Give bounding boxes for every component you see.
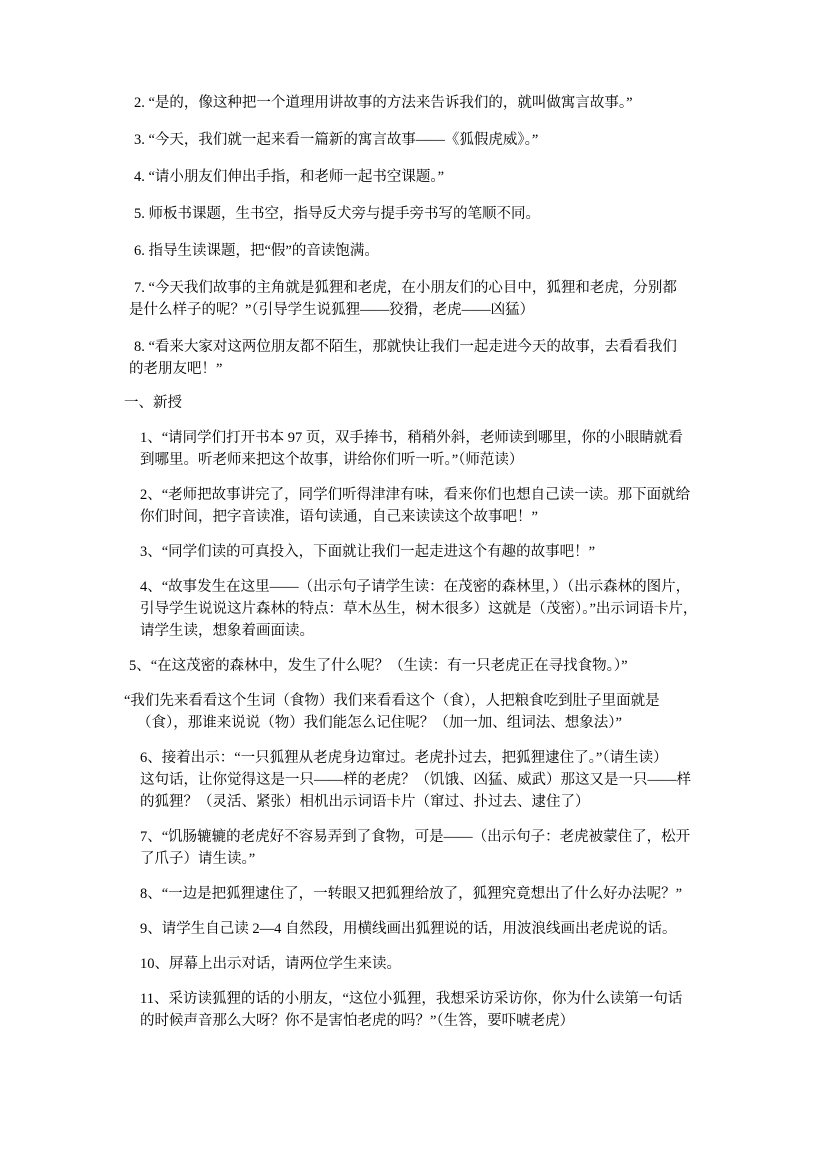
teaching-step: 3、“同学们读的可真投入，下面就让我们一起走进这个有趣的故事吧！” <box>140 541 727 563</box>
intro-step: 2. “是的，像这种把一个道理用讲故事的方法来告诉我们的，就叫做寓言故事。” <box>129 92 727 114</box>
intro-step: 8. “看来大家对这两位朋友都不陌生，那就快让我们一起走进今天的故事，去看看我们… <box>129 336 727 380</box>
teaching-step: 5、“在这茂密的森林中，发生了什么呢？（生读：有一只老虎正在寻找食物。）” <box>129 655 727 677</box>
teaching-step: 11、采访读狐狸的话的小朋友，“这位小狐狸，我想采访采访你，你为什么读第一句话 … <box>140 988 727 1032</box>
teaching-step: 4、“故事发生在这里——（出示句子请学生读：在茂密的森林里，）（出示森林的图片，… <box>140 576 727 642</box>
teaching-note-quote: “我们先来看看这个生词（食物）我们来看看这个（食），人把粮食吃到肚子里面就是 （… <box>137 690 727 734</box>
intro-step: 6. 指导生读课题，把“假”的音读饱满。 <box>129 240 727 262</box>
teaching-step: 2、“老师把故事讲完了，同学们听得津津有味，看来你们也想自己读一读。那下面就给 … <box>140 484 727 528</box>
teaching-step: 9、请学生自己读 2—4 自然段，用横线画出狐狸说的话，用波浪线画出老虎说的话。 <box>140 918 727 940</box>
teaching-step: 6、接着出示：“一只狐狸从老虎身边窜过。老虎扑过去，把狐狸逮住了。”（请生读） … <box>140 747 727 813</box>
teaching-step: 7、“饥肠辘辘的老虎好不容易弄到了食物，可是——（出示句子：老虎被蒙住了，松开 … <box>140 826 727 870</box>
teaching-step: 1、“请同学们打开书本 97 页，双手捧书，稍稍外斜，老师读到哪里，你的小眼睛就… <box>140 427 727 471</box>
teaching-step: 10、屏幕上出示对话，请两位学生来读。 <box>140 953 727 975</box>
document-page: 2. “是的，像这种把一个道理用讲故事的方法来告诉我们的，就叫做寓言故事。” 3… <box>0 0 827 1170</box>
intro-step: 3. “今天，我们就一起来看一篇新的寓言故事——《狐假虎威》。” <box>129 129 727 151</box>
intro-step: 7. “今天我们故事的主角就是狐狸和老虎，在小朋友们的心目中，狐狸和老虎，分别都… <box>129 277 727 321</box>
teaching-step: 8、“一边是把狐狸逮住了，一转眼又把狐狸给放了，狐狸究竟想出了什么好办法呢？” <box>140 883 727 905</box>
intro-step: 4. “请小朋友们伸出手指，和老师一起书空课题。” <box>129 166 727 188</box>
intro-step: 5. 师板书课题，生书空，指导反犬旁与提手旁书写的笔顺不同。 <box>129 203 727 225</box>
section-heading: 一、新授 <box>124 392 727 414</box>
